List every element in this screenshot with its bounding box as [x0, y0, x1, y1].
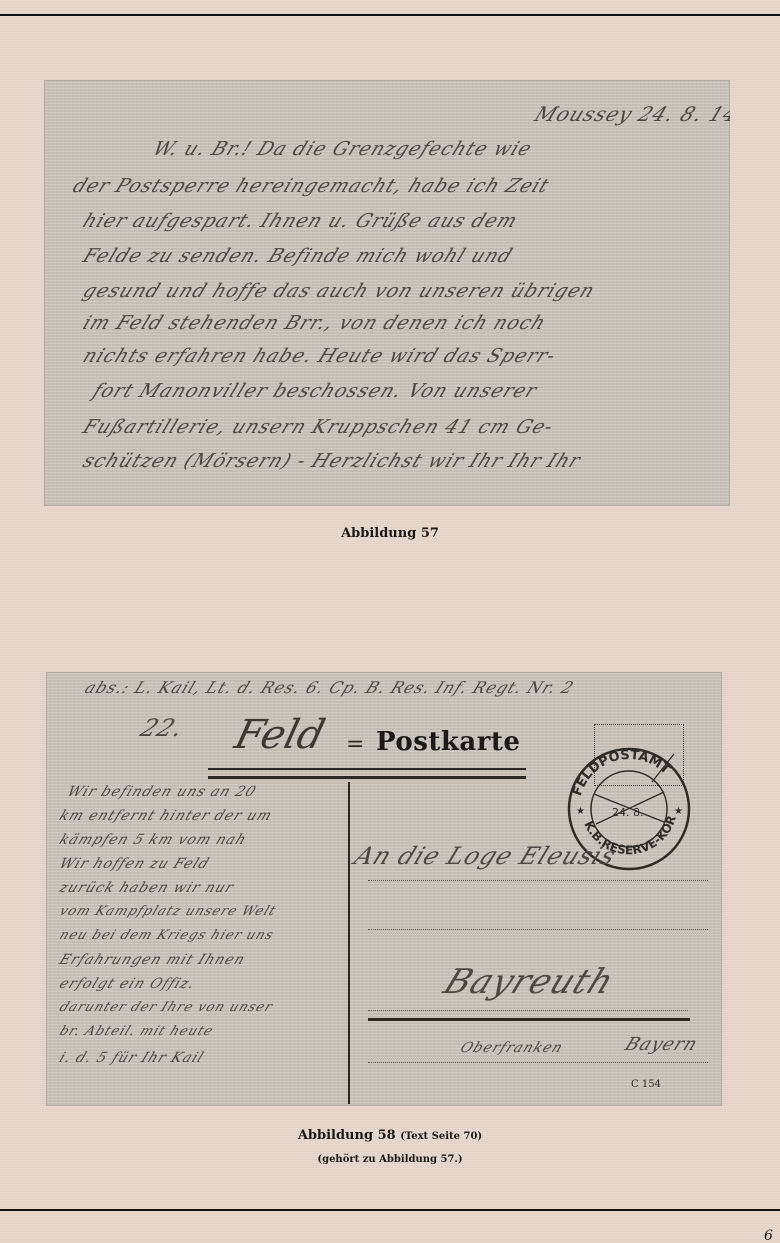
address-line-state: Bayern: [622, 1034, 701, 1055]
address-line-region: Oberfranken: [458, 1040, 566, 1056]
heading-underline-thick: [208, 776, 526, 779]
sender-line: abs.: L. Kail, Lt. d. Res. 6. Cp. B. Res…: [82, 678, 577, 697]
figure-58-caption: Abbildung 58 (Text Seite 70): [0, 1128, 780, 1143]
page-corner-mark: 6: [764, 1228, 773, 1243]
svg-text:24. 8.: 24. 8.: [612, 806, 644, 819]
message-line: Wir befinden uns an 20: [65, 784, 259, 800]
address-dotted-line: [368, 1010, 688, 1011]
message-line: neu bei dem Kriegs hier uns: [57, 928, 276, 943]
figure-58-caption-ref: (Text Seite 70): [400, 1131, 482, 1142]
card-number: 22.: [136, 714, 188, 742]
print-code: C 154: [631, 1079, 661, 1090]
heading-feld: Feld: [230, 712, 329, 758]
address-city-underline: [368, 1018, 690, 1021]
heading-separator: =: [346, 732, 364, 757]
letter-line: hier aufgespart. Ihnen u. Grüße aus dem: [80, 210, 522, 232]
svg-text:★: ★: [674, 806, 683, 817]
figure-58-subcaption: (gehört zu Abbildung 57.): [0, 1154, 780, 1165]
card-divider-line: [348, 782, 350, 1104]
svg-text:★: ★: [576, 806, 585, 817]
message-line: zurück haben wir nur: [57, 880, 237, 896]
figure-58-postcard-plate: abs.: L. Kail, Lt. d. Res. 6. Cp. B. Res…: [46, 672, 722, 1106]
letter-line: gesund und hoffe das auch von unseren üb…: [80, 280, 599, 302]
message-line: br. Abteil. mit heute: [57, 1024, 216, 1039]
message-line: Wir hoffen zu Feld: [57, 856, 212, 872]
message-line: darunter der Ihre von unser: [57, 1000, 275, 1015]
message-line: Erfahrungen mit Ihnen: [57, 952, 248, 968]
letter-line: im Feld stehenden Brr., von denen ich no…: [80, 312, 550, 334]
address-dotted-line: [368, 929, 708, 930]
address-dotted-line: [368, 1062, 708, 1063]
address-line-recipient: An die Loge Eleusis: [350, 842, 620, 870]
address-dotted-line: [368, 880, 708, 881]
letter-line: fort Manonviller beschossen. Von unserer: [90, 380, 541, 402]
figure-58-caption-main: Abbildung 58: [298, 1128, 396, 1143]
address-line-city: Bayreuth: [438, 962, 620, 1002]
figure-57-letter-plate: Moussey 24. 8. 14. W. u. Br.! Da die Gre…: [44, 80, 730, 506]
letter-line: schützen (Mörsern) - Herzlichst wir Ihr …: [80, 450, 585, 472]
letter-line: Fußartillerie, unsern Kruppschen 41 cm G…: [80, 416, 558, 438]
message-line: kämpfen 5 km vom nah: [57, 832, 249, 848]
message-line: vom Kampfplatz unsere Welt: [57, 904, 279, 919]
letter-line: Felde zu senden. Befinde mich wohl und: [80, 245, 517, 267]
message-line: i. d. 5 für Ihr Kail: [57, 1050, 207, 1066]
top-page-rule: [0, 14, 780, 16]
letter-line: der Postsperre hereingemacht, habe ich Z…: [70, 175, 553, 197]
heading-underline: [208, 768, 526, 770]
bottom-page-rule: [0, 1209, 780, 1211]
message-line: erfolgt ein Offiz.: [57, 976, 198, 992]
letter-line: W. u. Br.! Da die Grenzgefechte wie: [150, 138, 536, 160]
heading-postkarte: Postkarte: [376, 727, 520, 757]
letter-line: nichts erfahren habe. Heute wird das Spe…: [80, 345, 560, 367]
message-line: km entfernt hinter der um: [57, 808, 275, 824]
figure-57-caption: Abbildung 57: [0, 526, 780, 541]
svg-text:FELDPOSTAMT: FELDPOSTAMT: [570, 748, 673, 798]
letter-date-line: Moussey 24. 8. 14.: [531, 102, 730, 126]
